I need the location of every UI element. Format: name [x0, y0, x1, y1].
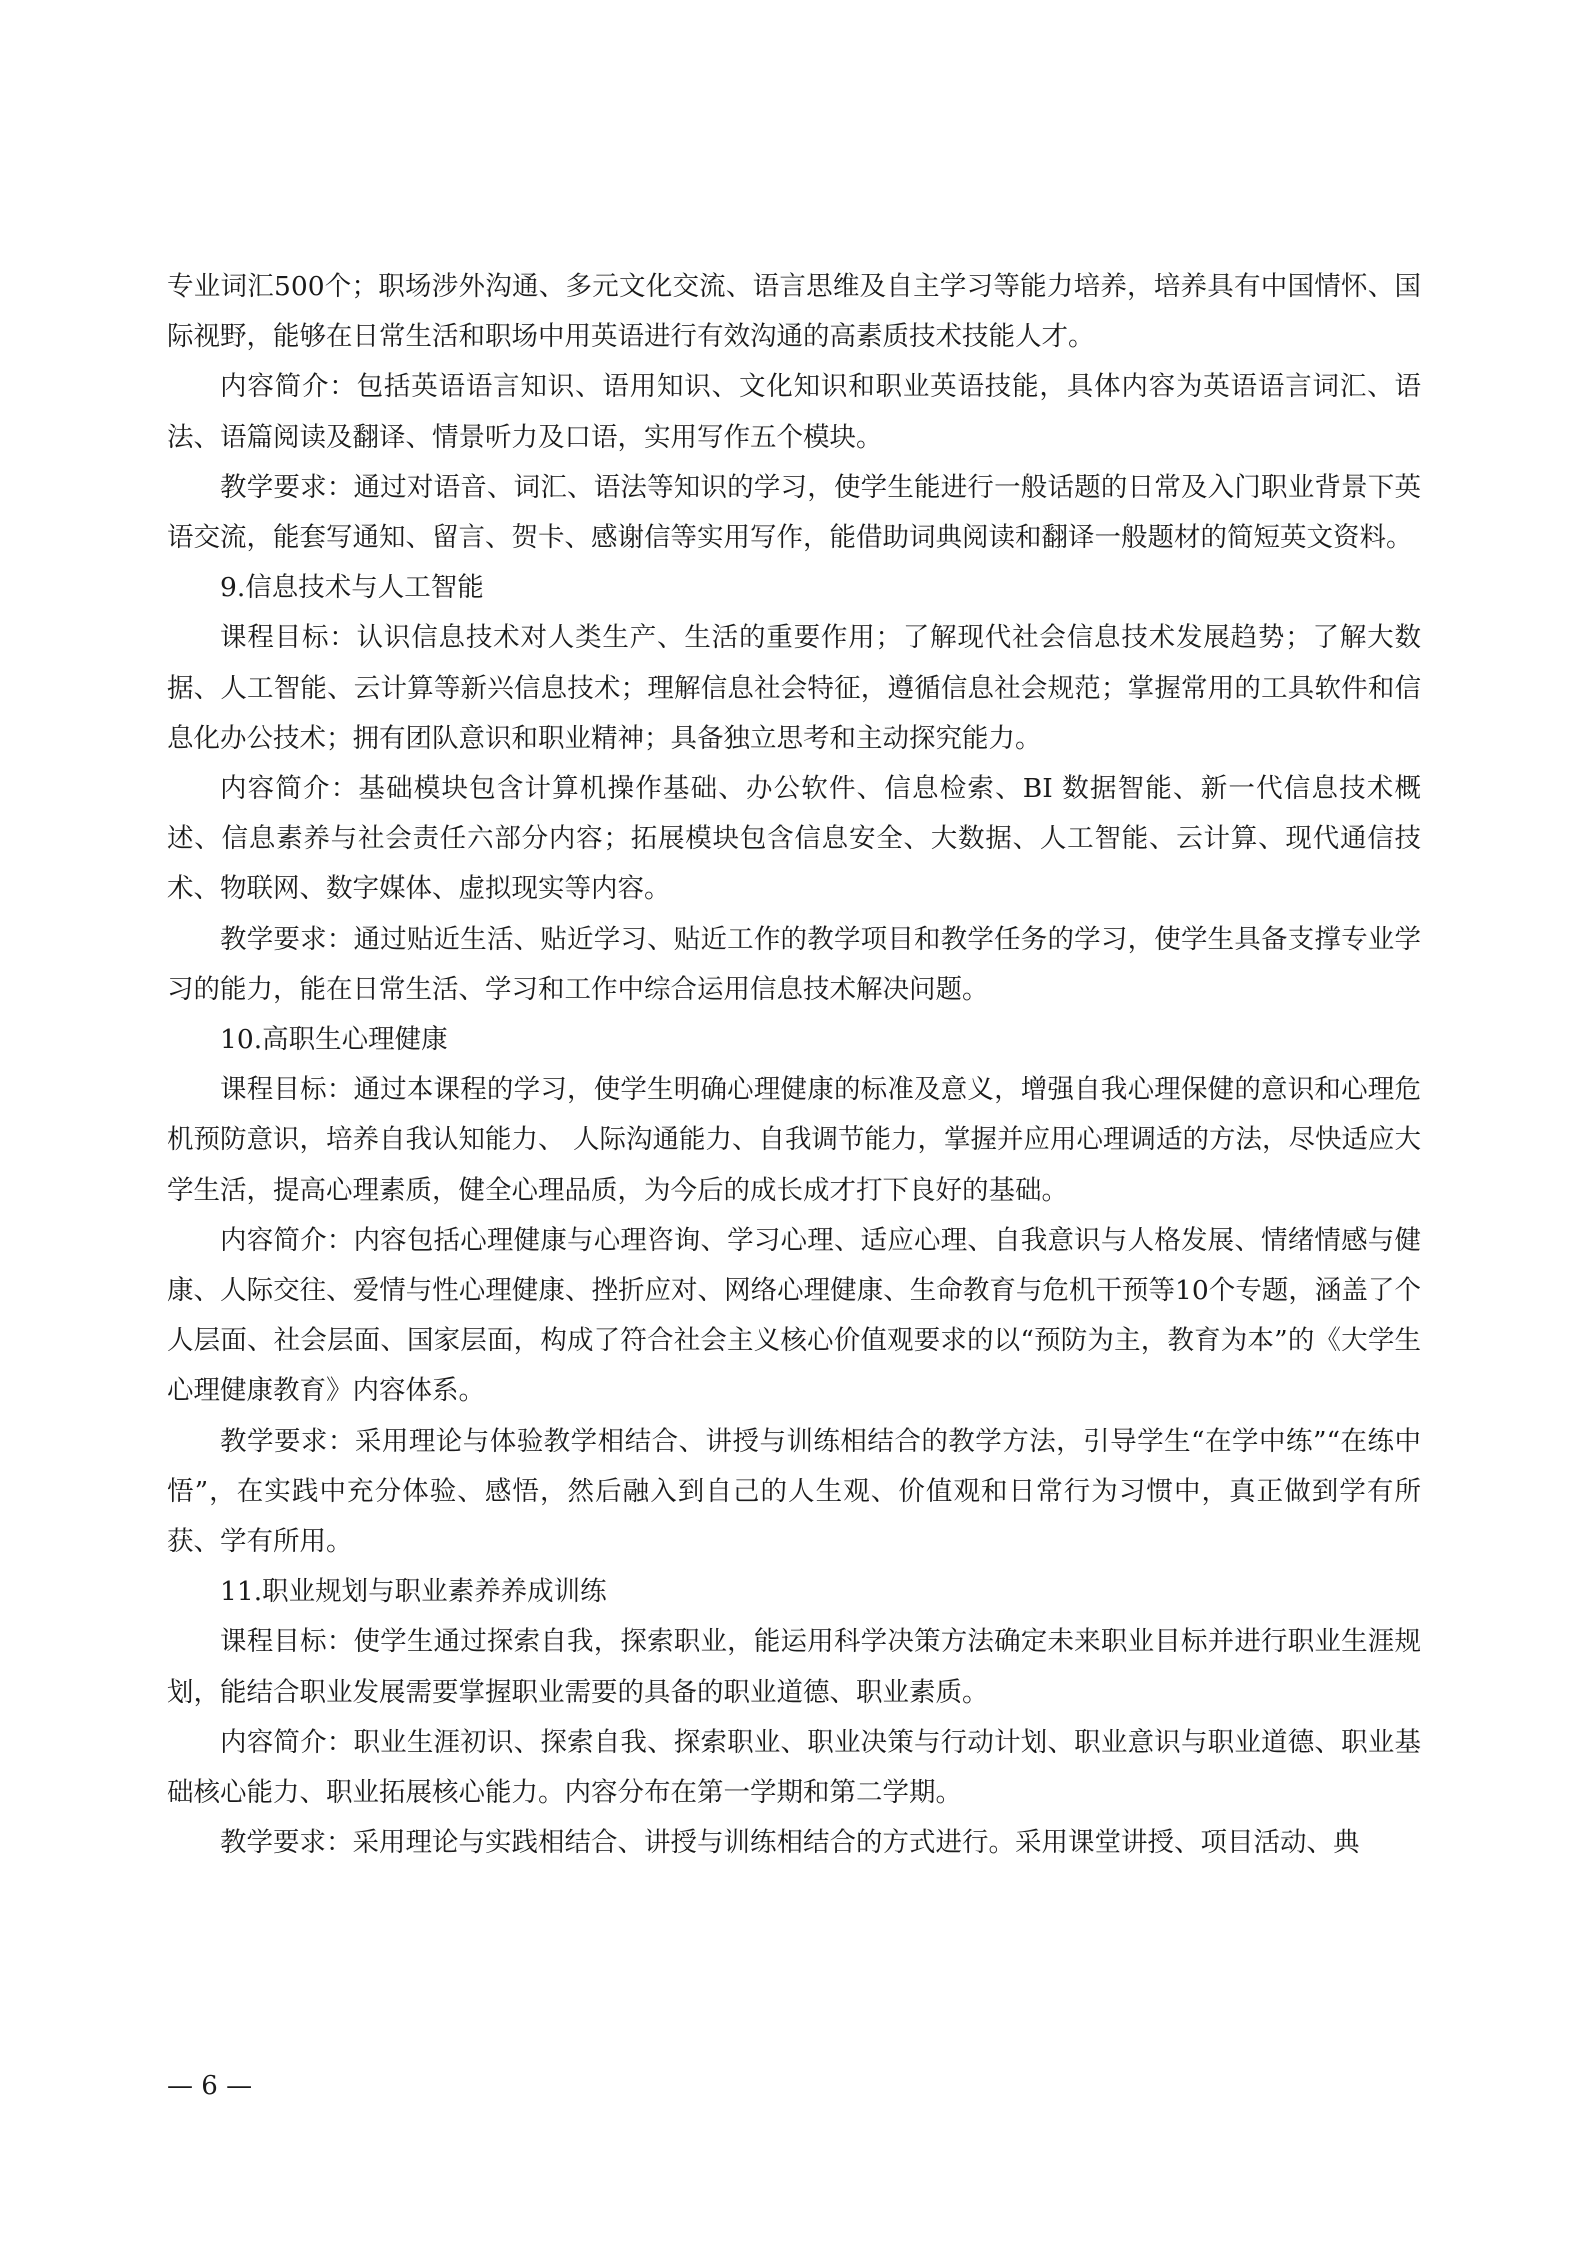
paragraph-psych-requirements: 教学要求：采用理论与体验教学相结合、讲授与训练相结合的教学方法，引导学生“在学中…: [167, 1417, 1421, 1568]
paragraph-it-ai-goals: 课程目标：认识信息技术对人类生产、生活的重要作用；了解现代社会信息技术发展趋势；…: [167, 613, 1421, 764]
paragraph-career-goals: 课程目标：使学生通过探索自我，探索职业，能运用科学决策方法确定未来职业目标并进行…: [167, 1617, 1421, 1717]
paragraph-psych-goals: 课程目标：通过本课程的学习，使学生明确心理健康的标准及意义，增强自我心理保健的意…: [167, 1065, 1421, 1216]
document-page: 专业词汇500个；职场涉外沟通、多元文化交流、语言思维及自主学习等能力培养，培养…: [167, 262, 1421, 1869]
paragraph-career-requirements: 教学要求：采用理论与实践相结合、讲授与训练相结合的方式进行。采用课堂讲授、项目活…: [167, 1818, 1421, 1868]
paragraph-it-ai-content: 内容简介：基础模块包含计算机操作基础、办公软件、信息检索、BI 数据智能、新一代…: [167, 764, 1421, 915]
paragraph-english-content: 内容简介：包括英语语言知识、语用知识、文化知识和职业英语技能，具体内容为英语语言…: [167, 362, 1421, 462]
section-heading-9: 9.信息技术与人工智能: [167, 563, 1421, 613]
paragraph-it-ai-requirements: 教学要求：通过贴近生活、贴近学习、贴近工作的教学项目和教学任务的学习，使学生具备…: [167, 915, 1421, 1015]
paragraph-psych-content: 内容简介：内容包括心理健康与心理咨询、学习心理、适应心理、自我意识与人格发展、情…: [167, 1216, 1421, 1417]
section-heading-10: 10.高职生心理健康: [167, 1015, 1421, 1065]
page-number: — 6 —: [167, 2066, 252, 2106]
section-heading-11: 11.职业规划与职业素养养成训练: [167, 1567, 1421, 1617]
paragraph-career-content: 内容简介：职业生涯初识、探索自我、探索职业、职业决策与行动计划、职业意识与职业道…: [167, 1718, 1421, 1818]
paragraph-continuation-english-goals: 专业词汇500个；职场涉外沟通、多元文化交流、语言思维及自主学习等能力培养，培养…: [167, 262, 1421, 362]
paragraph-english-requirements: 教学要求：通过对语音、词汇、语法等知识的学习，使学生能进行一般话题的日常及入门职…: [167, 463, 1421, 563]
